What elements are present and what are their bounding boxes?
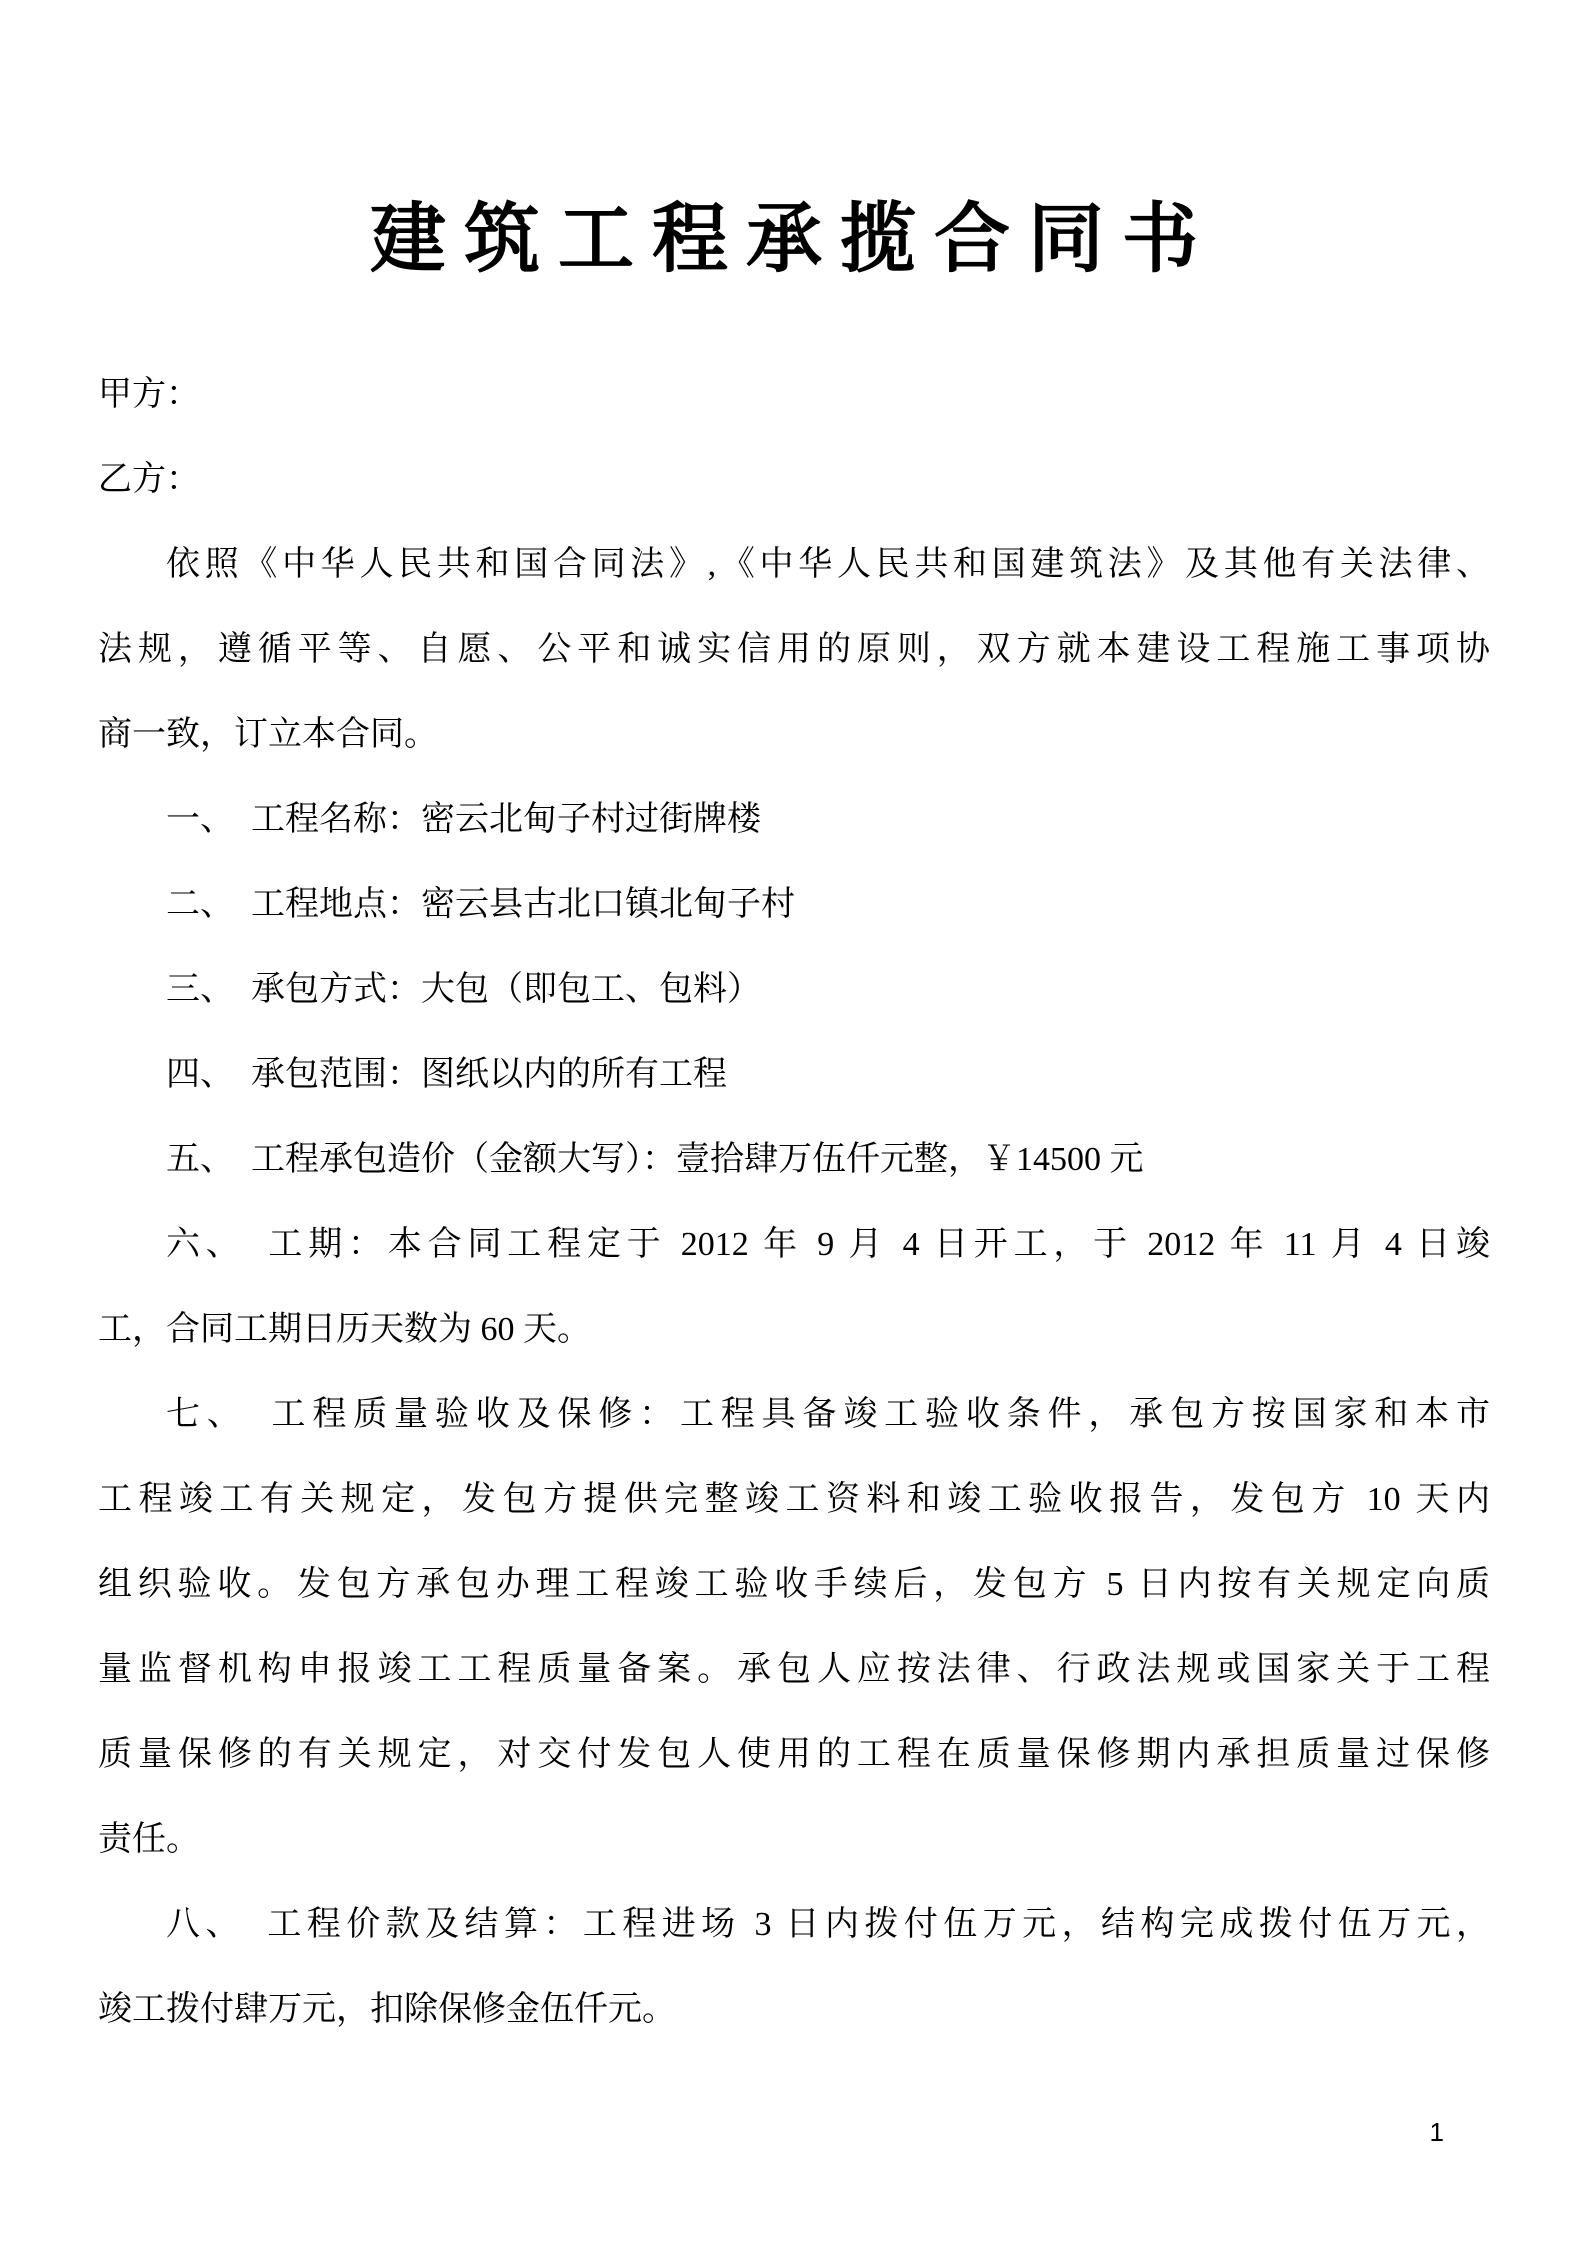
contract-line: 甲方： bbox=[98, 352, 1490, 437]
contract-document-page: 建筑工程承揽合同书 甲方：乙方：依照《中华人民共和国合同法》,《中华人民共和国建… bbox=[0, 0, 1586, 2244]
document-title: 建筑工程承揽合同书 bbox=[0, 192, 1586, 288]
contract-line: 量监督机构申报竣工工程质量备案。承包人应按法律、行政法规或国家关于工程 bbox=[98, 1627, 1490, 1712]
contract-line: 依照《中华人民共和国合同法》,《中华人民共和国建筑法》及其他有关法律、 bbox=[98, 522, 1490, 607]
contract-line: 工程竣工有关规定，发包方提供完整竣工资料和竣工验收报告，发包方 10 天内 bbox=[98, 1457, 1490, 1542]
contract-line: 三、 承包方式：大包（即包工、包料） bbox=[98, 947, 1490, 1032]
contract-line: 质量保修的有关规定，对交付发包人使用的工程在质量保修期内承担质量过保修 bbox=[98, 1712, 1490, 1797]
document-body: 甲方：乙方：依照《中华人民共和国合同法》,《中华人民共和国建筑法》及其他有关法律… bbox=[98, 352, 1490, 2052]
contract-line: 八、 工程价款及结算：工程进场 3 日内拨付伍万元，结构完成拨付伍万元， bbox=[98, 1882, 1490, 1967]
contract-line: 责任。 bbox=[98, 1797, 1490, 1882]
contract-line: 商一致，订立本合同。 bbox=[98, 692, 1490, 777]
contract-line: 乙方： bbox=[98, 437, 1490, 522]
contract-line: 一、 工程名称：密云北甸子村过街牌楼 bbox=[98, 777, 1490, 862]
contract-line: 竣工拨付肆万元，扣除保修金伍仟元。 bbox=[98, 1967, 1490, 2052]
contract-line: 法规，遵循平等、自愿、公平和诚实信用的原则，双方就本建设工程施工事项协 bbox=[98, 607, 1490, 692]
contract-line: 六、 工期：本合同工程定于 2012 年 9 月 4 日开工，于 2012 年 … bbox=[98, 1202, 1490, 1287]
contract-line: 组织验收。发包方承包办理工程竣工验收手续后，发包方 5 日内按有关规定向质 bbox=[98, 1542, 1490, 1627]
contract-line: 七、 工程质量验收及保修：工程具备竣工验收条件，承包方按国家和本市 bbox=[98, 1372, 1490, 1457]
contract-line: 工，合同工期日历天数为 60 天。 bbox=[98, 1287, 1490, 1372]
contract-line: 四、 承包范围：图纸以内的所有工程 bbox=[98, 1032, 1490, 1117]
contract-line: 二、 工程地点：密云县古北口镇北甸子村 bbox=[98, 862, 1490, 947]
contract-line: 五、 工程承包造价（金额大写）：壹拾肆万伍仟元整，￥14500 元 bbox=[98, 1117, 1490, 1202]
page-number: 1 bbox=[1430, 2112, 1444, 2152]
